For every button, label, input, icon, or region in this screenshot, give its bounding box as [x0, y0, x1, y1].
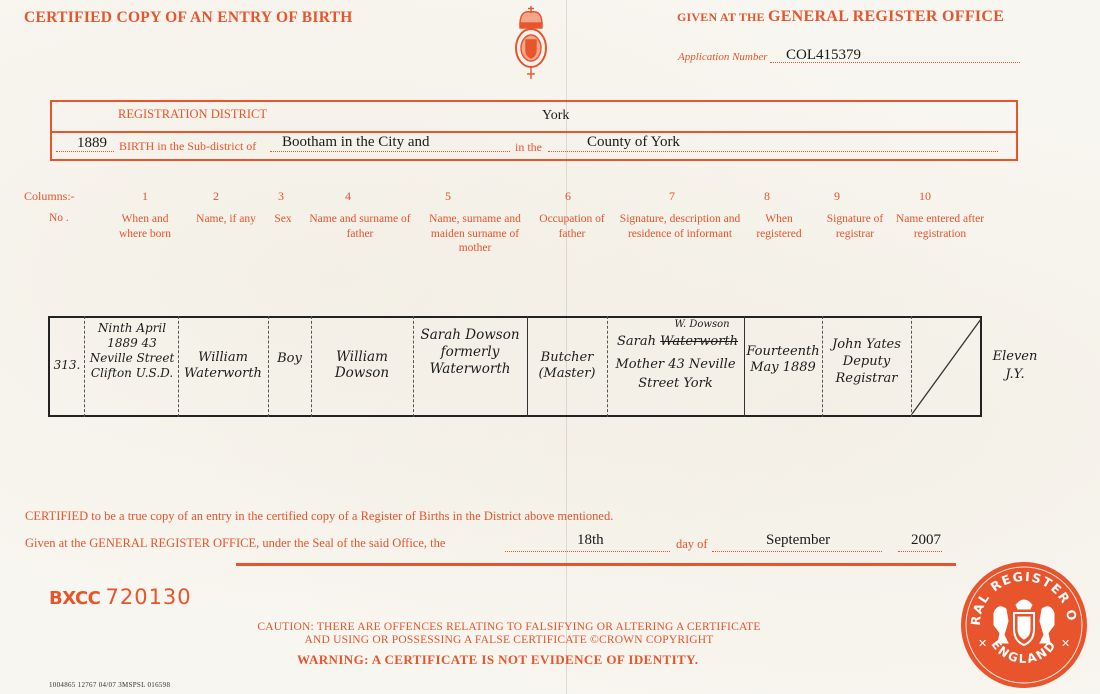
issuing-office-title: GIVEN AT THE GENERAL REGISTER OFFICE — [677, 8, 1004, 26]
royal-crest-icon — [514, 4, 548, 89]
issue-day: 18th — [577, 532, 604, 549]
caution-notice: CAUTION: THERE ARE OFFENCES RELATING TO … — [248, 621, 770, 647]
column-heading-6: Occupation of father — [537, 212, 607, 241]
certificate-serial-number: BXCC 720130 — [49, 585, 192, 609]
column-heading-5: Name, surname and maiden surname of moth… — [420, 212, 530, 256]
issue-year: 2007 — [911, 532, 941, 549]
entry-when-registered: Fourteenth May 1889 — [744, 344, 822, 376]
column-heading-2: Name, if any — [186, 212, 266, 227]
registration-district-value: York — [542, 108, 569, 124]
subdistrict-value: Bootham in the City and — [282, 134, 430, 151]
day-of-label: day of — [676, 537, 708, 552]
print-code: 1004865 12767 04/07 3MSPSL 016598 — [49, 681, 170, 689]
column-heading-4: Name and surname of father — [300, 212, 420, 241]
certificate-title: CERTIFIED COPY OF AN ENTRY OF BIRTH — [24, 9, 353, 27]
month-dotted-line — [712, 551, 882, 552]
informant-struck-surname: Waterworth — [660, 334, 738, 349]
birth-subdistrict-label: BIRTH in the Sub-district of — [119, 139, 256, 154]
column-heading-1: When and where born — [110, 212, 180, 241]
column-number-2: 2 — [206, 189, 226, 204]
columns-label: Columns:- — [24, 189, 75, 204]
entry-sex: Boy — [268, 351, 311, 367]
column-number-6: 6 — [558, 189, 578, 204]
blank-entry-strike-icon — [911, 318, 982, 415]
application-number-value: COL415379 — [786, 47, 861, 64]
svg-text:✕: ✕ — [1061, 637, 1070, 650]
registration-district-label: REGISTRATION DISTRICT — [118, 107, 267, 122]
entry-informant-signature: Sarah Waterworth — [607, 334, 744, 350]
column-heading-9: Signature of registrar — [815, 212, 895, 241]
given-at-label: GIVEN AT THE — [677, 10, 768, 24]
column-number-4: 4 — [338, 189, 358, 204]
entry-divider — [268, 316, 269, 417]
issue-month: September — [766, 532, 830, 549]
general-register-office-seal-icon: GENERAL REGISTER OFFICE ENGLAND ✕ ✕ — [960, 561, 1088, 694]
seal-statement: Given at the GENERAL REGISTER OFFICE, un… — [25, 536, 445, 551]
column-number-8: 8 — [757, 189, 777, 204]
column-number-1: 1 — [135, 189, 155, 204]
column-number-7: 7 — [662, 189, 682, 204]
birth-certificate: CERTIFIED COPY OF AN ENTRY OF BIRTH GIVE… — [0, 0, 1100, 694]
entry-child-name: William Waterworth — [178, 350, 268, 381]
subdistrict-dotted-line — [270, 151, 510, 152]
column-heading-10: Name entered after registration — [895, 212, 985, 241]
column-heading-3: Sex — [268, 212, 298, 227]
column-heading-7: Signature, description and residence of … — [610, 212, 750, 241]
entry-mother-name: Sarah Dowson formerly Waterworth — [413, 327, 527, 378]
in-the-label: in the — [515, 140, 542, 155]
entry-informant-correction: W. Dowson — [662, 319, 742, 330]
certification-statement: CERTIFIED to be a true copy of an entry … — [25, 509, 613, 524]
entry-father-occupation: Butcher (Master) — [527, 350, 607, 381]
entry-margin-note: Eleven J.Y. — [987, 348, 1043, 384]
column-number-10: 10 — [910, 189, 940, 204]
year-dotted-line — [898, 551, 942, 552]
column-number-3: 3 — [271, 189, 291, 204]
entry-informant-description: Mother 43 Neville Street York — [607, 355, 744, 393]
day-dotted-line — [505, 551, 670, 552]
informant-name: Sarah — [617, 334, 656, 349]
county-dotted-line — [548, 151, 998, 152]
entry-father-name: William Dowson — [311, 350, 413, 381]
office-name: GENERAL REGISTER OFFICE — [768, 8, 1004, 25]
column-number-5: 5 — [438, 189, 458, 204]
entry-when-where-born: Ninth April 1889 43 Neville Street Clift… — [86, 321, 178, 381]
column-number-9: 9 — [827, 189, 847, 204]
application-number-label: Application Number — [678, 51, 768, 63]
registration-box-divider — [52, 131, 1016, 133]
certification-rule — [236, 563, 956, 566]
caution-line-2: AND USING OR POSSESSING A FALSE CERTIFIC… — [248, 634, 770, 647]
serial-prefix: BXCC — [49, 588, 100, 609]
svg-text:✕: ✕ — [978, 637, 987, 650]
serial-digits: 720130 — [105, 585, 191, 609]
county-value: County of York — [587, 134, 680, 151]
no-column-heading: No . — [49, 212, 69, 224]
column-heading-8: When registered — [748, 212, 810, 241]
entry-number: 313. — [50, 358, 84, 374]
identity-warning: WARNING: A CERTIFICATE IS NOT EVIDENCE O… — [297, 652, 698, 668]
entry-divider — [84, 316, 85, 417]
registration-year: 1889 — [77, 135, 107, 152]
caution-line-1: CAUTION: THERE ARE OFFENCES RELATING TO … — [248, 621, 770, 634]
entry-registrar-signature: John Yates Deputy Registrar — [822, 336, 911, 387]
